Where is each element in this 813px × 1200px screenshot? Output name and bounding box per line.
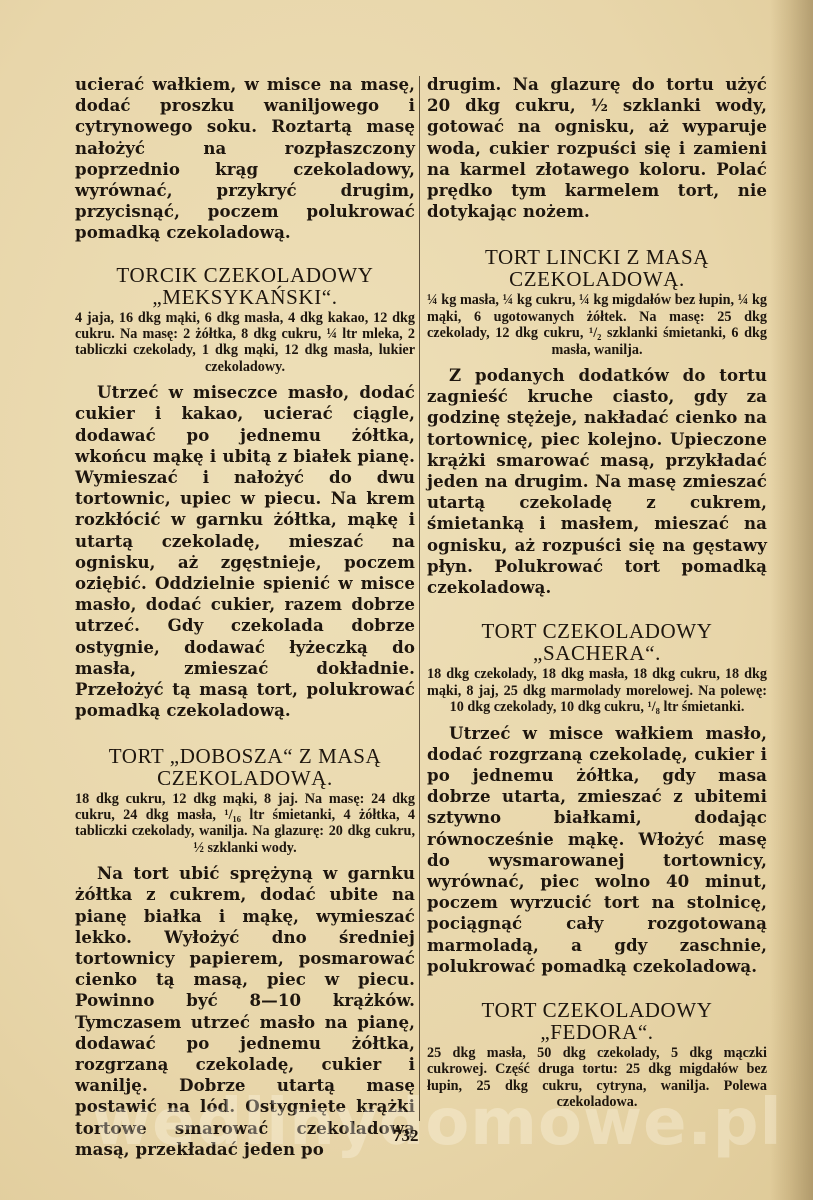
continuation-text: ucierać wałkiem, w misce na masę, dodać … <box>75 74 415 244</box>
recipe-ingredients: 4 jaja, 16 dkg mąki, 6 dkg masła, 4 dkg … <box>75 310 415 376</box>
recipe-title-line: „FEDORA“. <box>540 1020 653 1044</box>
recipe-title: TORT „DOBOSZA“ Z MASĄ CZEKOLADOWĄ. <box>75 745 415 789</box>
recipe-tort-sachera: TORT CZEKOLADOWY „SACHERA“. 18 dkg czeko… <box>427 620 767 977</box>
recipe-method: Z podanych dodatków do tortu zagnieść kr… <box>427 365 767 598</box>
recipe-tort-fedora: TORT CZEKOLADOWY „FEDORA“. 25 dkg masła,… <box>427 999 767 1111</box>
recipe-ingredients: 18 dkg cukru, 12 dkg mąki, 8 jaj. Na mas… <box>75 791 415 857</box>
recipe-title-line: TORT CZEKOLADOWY <box>482 619 713 643</box>
recipe-method: Na tort ubić sprężyną w garnku żółtka z … <box>75 863 415 1160</box>
recipe-torcik-meksykanski: TORCIK CZEKOLADOWY „MEKSYKAŃSKI“. 4 jaja… <box>75 264 415 722</box>
recipe-title-line: CZEKOLADOWĄ. <box>509 267 685 291</box>
left-column: ucierać wałkiem, w misce na masę, dodać … <box>75 74 415 1160</box>
recipe-title-line: TORT CZEKOLADOWY <box>482 998 713 1022</box>
recipe-method: Utrzeć w miseczce masło, dodać cukier i … <box>75 382 415 721</box>
continuation-text: drugim. Na glazurę do tortu użyć 20 dkg … <box>427 74 767 222</box>
recipe-title-line: „SACHERA“. <box>533 641 661 665</box>
recipe-tort-lincki: TORT LINCKI Z MASĄ CZEKOLADOWĄ. ¼ kg mas… <box>427 246 767 598</box>
recipe-title: TORT CZEKOLADOWY „SACHERA“. <box>427 620 767 664</box>
recipe-title-line: CZEKOLADOWĄ. <box>157 766 333 790</box>
column-divider <box>419 76 420 1121</box>
recipe-method: Utrzeć w misce wałkiem masło, dodać rozg… <box>427 723 767 977</box>
recipe-title-line: TORT „DOBOSZA“ Z MASĄ <box>109 744 382 768</box>
recipe-title: TORT LINCKI Z MASĄ CZEKOLADOWĄ. <box>427 246 767 290</box>
recipe-title-line: TORCIK CZEKOLADOWY <box>116 263 373 287</box>
recipe-title: TORCIK CZEKOLADOWY „MEKSYKAŃSKI“. <box>75 264 415 308</box>
recipe-ingredients: 25 dkg masła, 50 dkg czekolady, 5 dkg mą… <box>427 1045 767 1111</box>
book-page: ucierać wałkiem, w misce na masę, dodać … <box>0 0 813 1200</box>
right-column: drugim. Na glazurę do tortu użyć 20 dkg … <box>427 74 767 1111</box>
recipe-title-line: „MEKSYKAŃSKI“. <box>152 285 337 309</box>
recipe-title: TORT CZEKOLADOWY „FEDORA“. <box>427 999 767 1043</box>
recipe-ingredients: ¼ kg masła, ¼ kg cukru, ¼ kg migdałów be… <box>427 292 767 358</box>
page-number: 732 <box>393 1126 419 1146</box>
recipe-ingredients: 18 dkg czekolady, 18 dkg masła, 18 dkg c… <box>427 666 767 715</box>
recipe-title-line: TORT LINCKI Z MASĄ <box>485 245 709 269</box>
recipe-tort-dobosza: TORT „DOBOSZA“ Z MASĄ CZEKOLADOWĄ. 18 dk… <box>75 745 415 1160</box>
